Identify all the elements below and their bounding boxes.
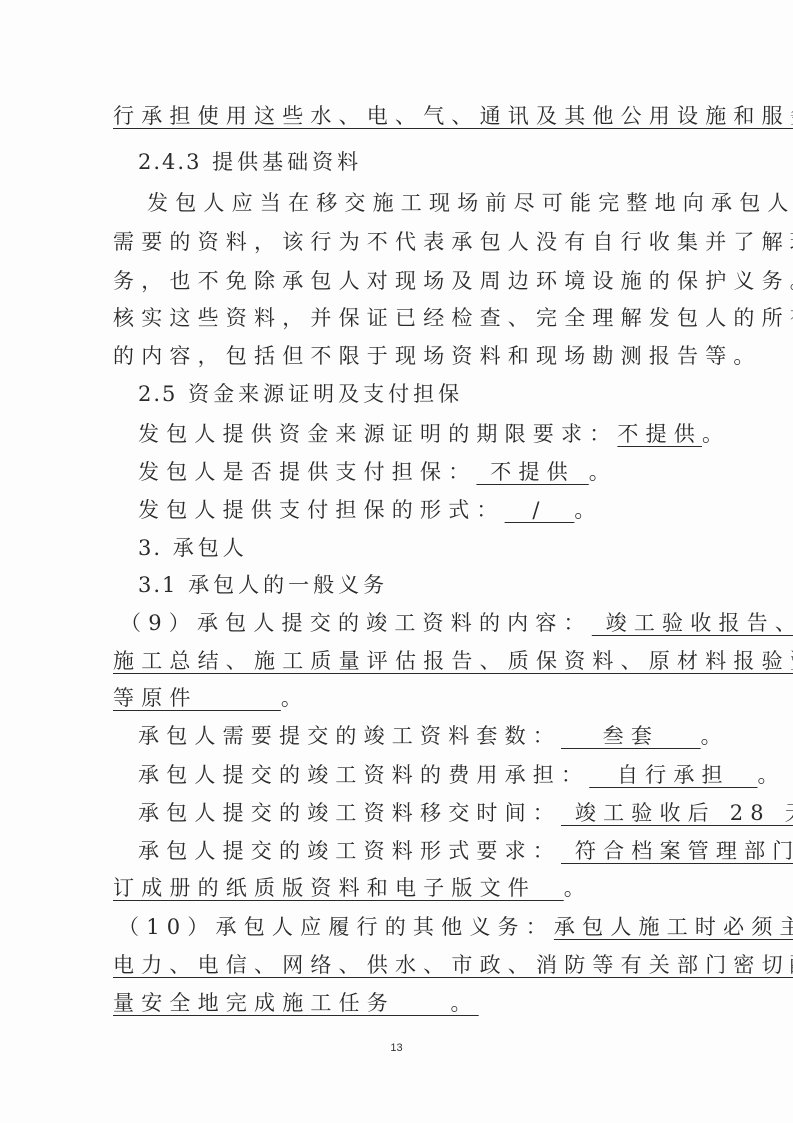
field-label: 承包人提交的竣工资料形式要求： bbox=[138, 839, 561, 863]
paragraph-line: 发包人应当在移交施工现场前尽可能完整地向承包人提供施工所 bbox=[147, 188, 731, 218]
period: 。 bbox=[574, 498, 602, 522]
field-value: 自行承担 bbox=[589, 763, 757, 787]
section-heading-2-4-3: 2.4.3 提供基础资料 bbox=[138, 147, 722, 177]
field-value: 不提供 bbox=[617, 422, 702, 446]
paragraph-continuation: 行承担使用这些水、电、气、通讯及其他公用设施和服务的费用。 bbox=[113, 101, 697, 131]
period: 。 bbox=[758, 763, 786, 787]
field-label: 发包人是否提供支付担保： bbox=[138, 460, 476, 484]
item-9-line-3: 等原件 。 bbox=[113, 683, 697, 713]
field-value: 订成册的纸质版资料和电子版文件 bbox=[113, 876, 564, 900]
field-funding-proof-deadline: 发包人提供资金来源证明的期限要求：不提供。 bbox=[138, 419, 722, 449]
item-10-line-3: 量安全地完成施工任务 。 bbox=[113, 988, 697, 1018]
field-payment-guarantee: 发包人是否提供支付担保： 不提供 。 bbox=[138, 457, 722, 487]
item-9-line-1: （9）承包人提交的竣工资料的内容： 竣工验收报告、备案表、 bbox=[120, 608, 704, 638]
field-value: 施工总结、施工质量评估报告、质保资料、原材料报验资料及竣工图 bbox=[113, 649, 793, 673]
field-value: 符合档案管理部门要求的装 bbox=[561, 839, 793, 863]
field-label: 承包人提交的竣工资料移交时间： bbox=[138, 801, 561, 825]
field-value: 竣工验收报告、备案表、 bbox=[592, 611, 793, 635]
field-value: / bbox=[505, 498, 575, 522]
field-label: 承包人需要提交的竣工资料套数： bbox=[138, 724, 561, 748]
field-cost-bearing: 承包人提交的竣工资料的费用承担： 自行承担 。 bbox=[138, 760, 722, 790]
field-value: 竣工验收后 28 天内 bbox=[561, 801, 793, 825]
document-page: 行承担使用这些水、电、气、通讯及其他公用设施和服务的费用。 2.4.3 提供基础… bbox=[0, 0, 793, 1123]
field-handover-time: 承包人提交的竣工资料移交时间： 竣工验收后 28 天内 。 bbox=[138, 798, 722, 828]
section-title: 承包人的一般义务 bbox=[188, 573, 388, 597]
period: 。 bbox=[589, 460, 617, 484]
field-document-sets: 承包人需要提交的竣工资料套数： 叁套 。 bbox=[138, 721, 722, 751]
field-label: 承包人提交的竣工资料的费用承担： bbox=[138, 763, 589, 787]
paragraph-line: 需要的资料，该行为不代表承包人没有自行收集并了解现场情况的义 bbox=[113, 227, 697, 257]
period: 。 bbox=[451, 991, 479, 1015]
field-guarantee-form: 发包人提供支付担保的形式： / 。 bbox=[138, 495, 722, 525]
paragraph-line: 核实这些资料，并保证已经检查、完全理解发包人的所有文件和资料 bbox=[113, 303, 697, 333]
paragraph-line: 务，也不免除承包人对现场及周边环境设施的保护义务。承包商应当 bbox=[113, 266, 697, 296]
section-heading-3-1: 3.1 承包人的一般义务 bbox=[138, 570, 722, 600]
section-heading-2-5: 2.5 资金来源证明及支付担保 bbox=[138, 379, 722, 409]
period: 。 bbox=[564, 876, 592, 900]
section-number: 3.1 bbox=[138, 573, 177, 597]
section-number: 2.5 bbox=[138, 382, 177, 406]
field-value: 电力、电信、网络、供水、市政、消防等有关部门密切配合，保质保 bbox=[113, 953, 793, 977]
paragraph-line: 的内容，包括但不限于现场资料和现场勘测报告等。 bbox=[113, 341, 697, 371]
section-number: 2.4.3 bbox=[138, 150, 201, 174]
field-format-requirement: 承包人提交的竣工资料形式要求： 符合档案管理部门要求的装 bbox=[138, 836, 722, 866]
item-10-line-2: 电力、电信、网络、供水、市政、消防等有关部门密切配合，保质保 bbox=[113, 950, 697, 980]
field-format-requirement-cont: 订成册的纸质版资料和电子版文件 。 bbox=[113, 873, 697, 903]
section-title: 提供基础资料 bbox=[212, 150, 362, 174]
section-title: 承包人 bbox=[173, 536, 248, 560]
page-number: 13 bbox=[0, 1042, 793, 1054]
period: 。 bbox=[281, 686, 309, 710]
section-title: 资金来源证明及支付担保 bbox=[188, 382, 463, 406]
field-value: 叁套 bbox=[561, 724, 701, 748]
underlined-text: 行承担使用这些水、电、气、通讯及其他公用设施和服务的费用。 bbox=[113, 104, 793, 128]
section-heading-3: 3. 承包人 bbox=[138, 533, 722, 563]
field-value: 等原件 bbox=[113, 686, 281, 710]
field-label: （9）承包人提交的竣工资料的内容： bbox=[120, 611, 592, 635]
item-10-line-1: （10）承包人应履行的其他义务：承包人施工时必须主动与规划、 bbox=[118, 912, 702, 942]
field-label: 发包人提供资金来源证明的期限要求： bbox=[138, 422, 617, 446]
field-label: （10）承包人应履行的其他义务： bbox=[118, 915, 554, 939]
field-value: 承包人施工时必须主动与规划、 bbox=[554, 915, 793, 939]
field-label: 发包人提供支付担保的形式： bbox=[138, 498, 505, 522]
period: 。 bbox=[701, 724, 729, 748]
item-9-line-2: 施工总结、施工质量评估报告、质保资料、原材料报验资料及竣工图 bbox=[113, 646, 697, 676]
field-value: 不提供 bbox=[476, 460, 588, 484]
field-value: 量安全地完成施工任务 bbox=[113, 991, 451, 1015]
section-number: 3. bbox=[138, 536, 162, 560]
period: 。 bbox=[702, 422, 730, 446]
